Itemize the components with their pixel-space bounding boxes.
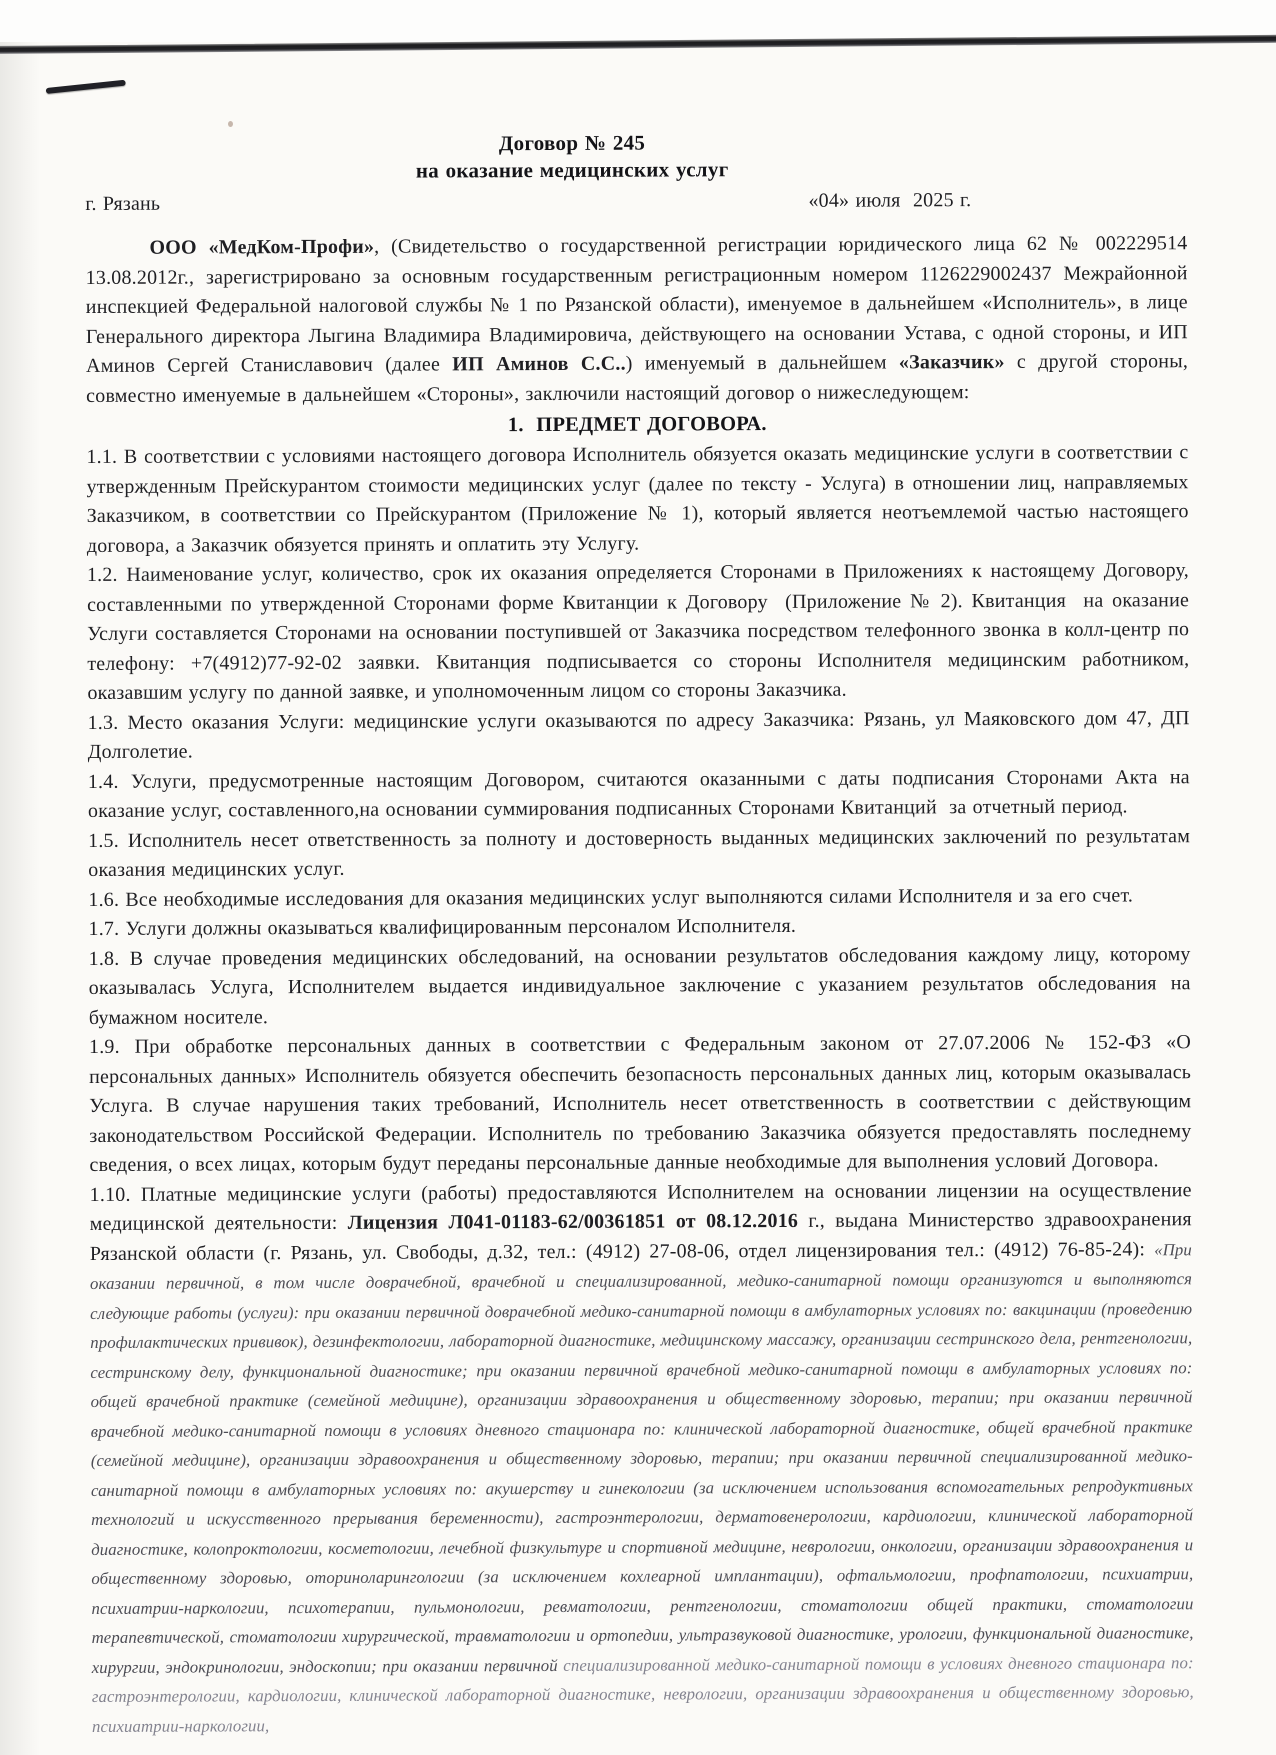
- document-title: Договор № 245: [85, 128, 1059, 159]
- text-run: 1.7. Услуги должны оказываться квалифици…: [88, 915, 796, 940]
- section-heading: 1. ПРЕДМЕТ ДОГОВОРА.: [86, 407, 1188, 443]
- clause-paragraph: 1.9. При обработке персональных данных в…: [89, 1028, 1192, 1180]
- pen-mark-artifact: [46, 80, 126, 94]
- clause-paragraph: 1.2. Наименование услуг, количество, сро…: [87, 556, 1190, 708]
- clauses-container: 1.1. В соответствии с условиями настояще…: [86, 438, 1194, 1741]
- text-run: 1.5. Исполнитель несет ответственность з…: [88, 825, 1190, 881]
- clause-paragraph: 1.7. Услуги должны оказываться квалифици…: [88, 910, 1190, 944]
- text-run: 1.2. Наименование услуг, количество, сро…: [87, 559, 1189, 704]
- text-run: «Заказчик»: [899, 351, 1005, 373]
- clause-paragraph: 1.3. Место оказания Услуги: медицинские …: [88, 704, 1190, 768]
- text-run: 1.9. При обработке персональных данных в…: [89, 1031, 1191, 1176]
- document-subtitle: на оказание медицинских услуг: [85, 155, 1059, 186]
- text-run: 1.8. В случае проведения медицинских обс…: [89, 943, 1191, 1029]
- text-run: 1.3. Место оказания Услуги: медицинские …: [88, 707, 1190, 763]
- text-run: Лицензия Л041-01183-62/00361851 от 08.12…: [348, 1210, 798, 1234]
- clause-paragraph: 1.10. Платные медицинские услуги (работы…: [90, 1176, 1194, 1741]
- document-place: г. Рязань: [85, 190, 160, 219]
- text-run: ИП Аминов С.С..: [452, 353, 626, 376]
- text-run: ООО «МедКом-Профи»: [149, 236, 374, 259]
- text-run: 1.6. Все необходимые исследования для ок…: [88, 884, 1133, 911]
- clause-paragraph: 1.4. Услуги, предусмотренные настоящим Д…: [88, 763, 1190, 827]
- clause-paragraph: 1.8. В случае проведения медицинских обс…: [89, 940, 1191, 1033]
- document-date: «04» июля 2025 г.: [808, 186, 971, 216]
- clause-paragraph: 1.6. Все необходимые исследования для ок…: [88, 881, 1190, 915]
- text-run: 1.4. Услуги, предусмотренные настоящим Д…: [88, 766, 1190, 822]
- preamble-paragraph: ООО «МедКом-Профи», (Свидетельство о гос…: [85, 229, 1188, 411]
- clause-paragraph: 1.5. Исполнитель несет ответственность з…: [88, 822, 1190, 886]
- contract-document: Договор № 245 на оказание медицинских ус…: [85, 127, 1194, 1741]
- dust-speck-artifact: [228, 121, 233, 127]
- place-date-row: г. Рязань «04» июля 2025 г.: [85, 185, 1187, 219]
- text-run: 1.1. В соответствии с условиями настояще…: [86, 441, 1188, 556]
- scanned-contract-page: Договор № 245 на оказание медицинских ус…: [0, 0, 1276, 1755]
- clause-paragraph: 1.1. В соответствии с условиями настояще…: [86, 438, 1189, 561]
- text-run: ) именуемый в дальнейшем: [626, 351, 899, 374]
- text-run: «При оказании первичной, в том числе дов…: [90, 1240, 1194, 1677]
